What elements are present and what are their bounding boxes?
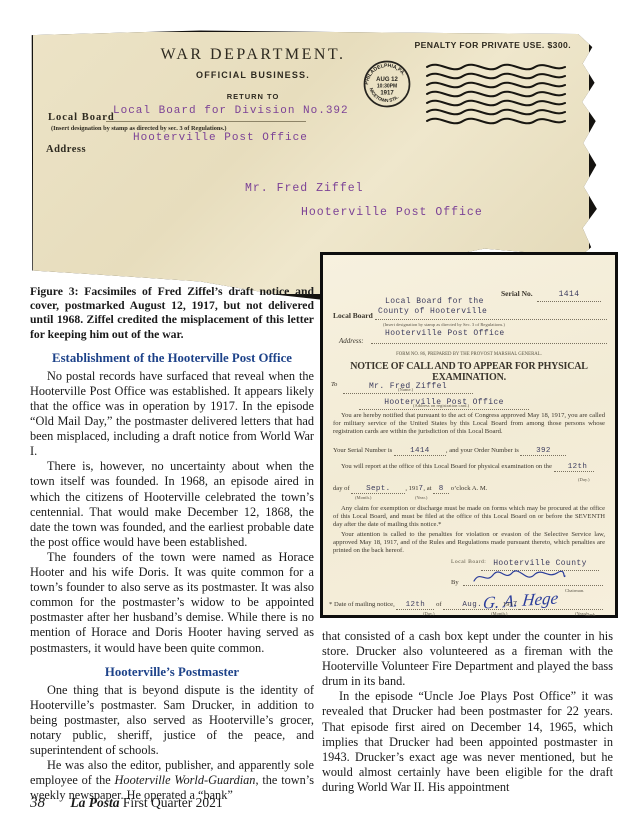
notice-report-day: 12th <box>568 463 588 471</box>
notice-serial-label: Serial No. <box>501 289 533 298</box>
page-footer: 38 La Posta First Quarter 2021 <box>30 795 223 812</box>
section-heading-postmaster: Hooterville’s Postmaster <box>30 665 314 680</box>
section-heading-establishment: Establishment of the Hooterville Post Of… <box>30 351 314 366</box>
notice-form-number-note: FORM NO. 86, PREPARED BY THE PROVOST MAR… <box>323 352 615 357</box>
notice-year-note: (Year.) <box>415 495 427 500</box>
page-number: 38 <box>30 795 45 811</box>
magazine-page: { "figure": { "caption": "Figure 3: Facs… <box>0 0 635 827</box>
article-paragraph-6: that consisted of a cash box kept under … <box>322 629 613 689</box>
draft-notice-scan: Serial No. 1414 Local Board for the Coun… <box>320 252 618 618</box>
chairman-signature-scribble <box>471 567 567 587</box>
notice-body-paragraph-2: Any claim for exemption or discharge mus… <box>333 505 605 530</box>
figure-caption: Figure 3: Facsimiles of Fred Ziffel’s dr… <box>30 285 314 342</box>
notice-report-text: You will report at the office of this Lo… <box>341 463 552 470</box>
right-column: that consisted of a cash box kept under … <box>322 629 613 795</box>
envelope-local-board-value: Local Board for Division No.392 <box>113 105 349 117</box>
notice-month-note: (Month.) <box>355 495 371 500</box>
notice-local-board-line2: County of Hooterville <box>378 307 487 316</box>
journal-title: La Posta <box>70 795 119 810</box>
notice-serial-value: 1414 <box>559 290 580 299</box>
notice-serial-number: 1414 <box>410 447 430 455</box>
postmark-time: 10:30PM <box>377 84 397 90</box>
notice-body-paragraph-1: You are hereby notified that pursuant to… <box>333 412 605 437</box>
notice-address-label: Address: <box>339 337 364 345</box>
envelope-addressee-address: Hooterville Post Office <box>301 206 483 219</box>
notice-time-value: 8 <box>439 485 444 493</box>
notice-report-line: You will report at the office of this Lo… <box>333 463 613 472</box>
notice-dayof-line: day of Sept., 1917, at 8 o’clock A. M. <box>333 485 613 494</box>
envelope-official-business: OFFICIAL BUSINESS. <box>143 70 363 80</box>
notice-mailing-day: 12th <box>406 601 426 609</box>
article-paragraph-1: No postal records have surfaced that rev… <box>30 369 314 460</box>
article-paragraph-4: One thing that is beyond dispute is the … <box>30 683 314 758</box>
notice-month-value: Sept. <box>366 485 391 493</box>
notice-by-label: By <box>451 579 459 587</box>
article-paragraph-2: There is, however, no uncertainty about … <box>30 459 314 550</box>
notice-rule-1 <box>375 319 607 320</box>
postmark-year: 1917 <box>380 91 394 97</box>
notice-address-note: (Address on registration card.) <box>413 403 469 408</box>
left-column: Figure 3: Facsimiles of Fred Ziffel’s dr… <box>30 285 314 803</box>
notice-rule-2 <box>371 343 607 344</box>
article-paragraph-5-newspaper-title: Hooterville World-Guardian <box>115 773 256 787</box>
envelope-office-value: Hooterville Post Office <box>133 132 308 144</box>
notice-order-number: 392 <box>536 447 551 455</box>
envelope-addressee-name: Mr. Fred Ziffel <box>245 182 364 195</box>
notice-serial-mid: , and your Order Number is <box>446 447 519 454</box>
article-paragraph-7: In the episode “Uncle Joe Plays Post Off… <box>322 689 613 795</box>
notice-time-post: o’clock A. M. <box>451 485 488 492</box>
notice-chairman-note: Chairman. <box>565 588 584 593</box>
notice-mailing-month-note: (Month.) <box>491 611 507 616</box>
notice-serial-order-line: Your Serial Number is 1414, and your Ord… <box>333 447 613 456</box>
envelope-penalty-text: PENALTY FOR PRIVATE USE. $300. <box>414 40 571 50</box>
notice-local-board-label: Local Board <box>333 311 373 320</box>
cancellation-wavy-lines-icon <box>425 62 567 126</box>
notice-mailing-of: of <box>436 601 442 608</box>
notice-address-value: Hooterville Post Office <box>385 329 505 338</box>
envelope-rule-1 <box>106 121 306 122</box>
envelope-return-to: RETURN TO <box>143 92 363 101</box>
article-paragraph-3: The founders of the town were named as H… <box>30 550 314 656</box>
notice-day-note: (Day.) <box>578 477 590 482</box>
notice-local-board-line1: Local Board for the <box>385 297 484 306</box>
notice-to-label: To <box>331 381 337 389</box>
notice-mailing-line: * Date of mailing notice, 12th of Aug. 1… <box>329 601 617 610</box>
notice-mailing-year-typed: 7 <box>513 601 518 609</box>
envelope-local-board-label: Local Board <box>48 112 115 123</box>
postmark-stamp-icon: PHILADELPHIA,PA. NICETOWN STA. AUG 12 10… <box>363 60 411 108</box>
notice-mailing-year-pre: 191 <box>503 601 513 608</box>
postmark-date: AUG 12 <box>376 77 398 83</box>
notice-mailing-day-note: (Day.) <box>423 611 435 616</box>
notice-mailing-pre: * Date of mailing notice, <box>329 601 395 608</box>
notice-mailing-month: Aug. <box>462 601 482 609</box>
notice-time-pre: , at <box>423 485 431 492</box>
envelope-address-label: Address <box>46 144 86 155</box>
envelope-war-department: WAR DEPARTMENT. <box>143 46 363 64</box>
notice-dayof-label: day of <box>333 485 350 492</box>
notice-designation-note: (Insert designation by stamp as directed… <box>383 322 505 327</box>
notice-serial-pre: Your Serial Number is <box>333 447 392 454</box>
envelope-designation-note: (Insert designation by stamp as directed… <box>51 125 227 132</box>
notice-mailing-year-note: (Year.) <box>575 611 587 616</box>
issue-label: First Quarter 2021 <box>123 795 223 810</box>
notice-year-pre: , 191 <box>405 485 418 492</box>
